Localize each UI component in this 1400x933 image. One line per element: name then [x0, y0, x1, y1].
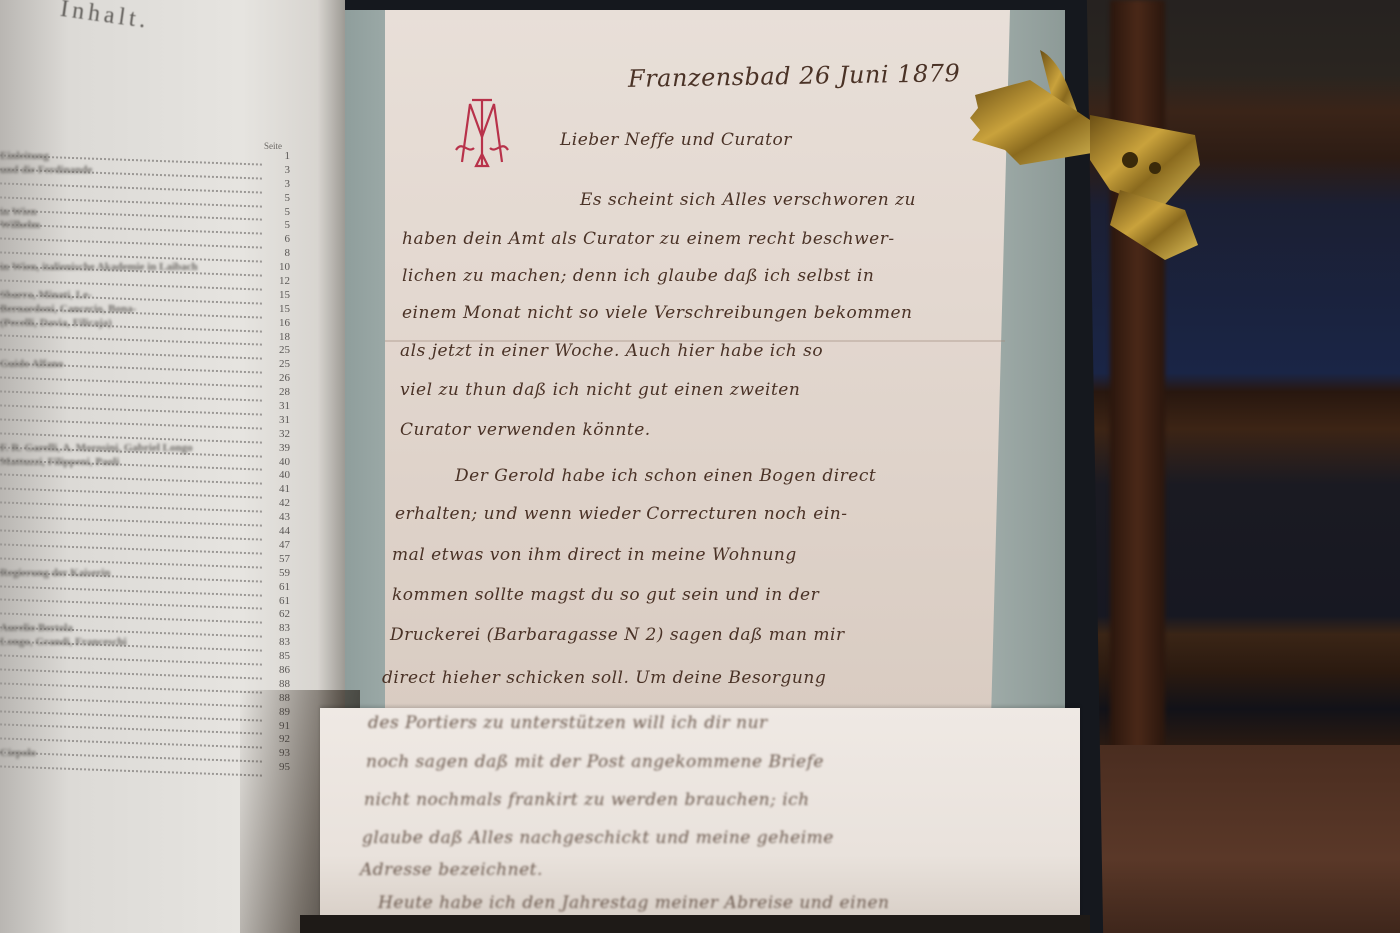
index-page-number: 41 — [266, 483, 290, 495]
index-entry-text: F. R. Garelli, A. Morosini, Gabriel Long… — [0, 442, 193, 454]
index-page-number: 85 — [266, 650, 290, 662]
letter-line: viel zu thun daß ich nicht gut einen zwe… — [400, 380, 800, 400]
index-page-number: 6 — [266, 233, 290, 245]
index-page-number: 16 — [266, 317, 290, 329]
index-entry: 28 — [0, 386, 290, 400]
index-page-number: 61 — [266, 595, 290, 607]
index-title: Inhalt. — [59, 0, 152, 35]
index-page-number: 15 — [266, 303, 290, 315]
index-page-number: 61 — [266, 581, 290, 593]
index-entry: Guido Alfano25 — [0, 358, 290, 372]
letter-line: des Portiers zu unterstützen will ich di… — [368, 713, 768, 733]
index-page-number: 83 — [266, 622, 290, 634]
index-page-number: 43 — [266, 511, 290, 523]
index-entry: F. R. Garelli, A. Morosini, Gabriel Long… — [0, 442, 290, 456]
index-page-number: 15 — [266, 289, 290, 301]
index-entry: in Wien, italienische Akademie in Laibac… — [0, 261, 290, 275]
index-page-number: 3 — [266, 178, 290, 190]
letter-line: einem Monat nicht so viele Verschreibung… — [402, 303, 912, 323]
photo-scene: Inhalt. Seite Einleitung1und die Ferdina… — [0, 0, 1400, 933]
index-entry: in Wien5 — [0, 206, 290, 220]
index-entry: 62 — [0, 608, 290, 622]
letter-line: Es scheint sich Alles verschworen zu — [580, 190, 916, 210]
index-entry-text: Wilhelm — [0, 219, 40, 231]
index-entry-text: Einleitung — [0, 150, 49, 162]
index-page-number: 40 — [266, 469, 290, 481]
index-entry-text: Longo, Grandi, Franceschi — [0, 636, 127, 648]
index-entry: 8 — [0, 247, 290, 261]
letter-salutation: Lieber Neffe und Curator — [560, 130, 792, 150]
index-entry-text: Aurelio Bertola — [0, 622, 73, 634]
index-page-number: 5 — [266, 219, 290, 231]
index-page-number: 25 — [266, 358, 290, 370]
letter-line: haben dein Amt als Curator zu einem rech… — [402, 229, 895, 249]
index-page-number: 31 — [266, 400, 290, 412]
index-entry: Mattuzzi, Filippeni, Paoli40 — [0, 456, 290, 470]
index-page-number: 31 — [266, 414, 290, 426]
index-entry-text: und die Ferdinande — [0, 164, 92, 176]
index-page-number: 32 — [266, 428, 290, 440]
index-entry: Wilhelm5 — [0, 219, 290, 233]
index-entry-text: Sbarra, Minati, Le- — [0, 289, 92, 301]
index-entry: 5 — [0, 192, 290, 206]
index-page-number: 83 — [266, 636, 290, 648]
index-entry: 61 — [0, 595, 290, 609]
index-entry: 85 — [0, 650, 290, 664]
index-entry-text: Regierung der Kaiserin — [0, 567, 110, 579]
index-entry: 18 — [0, 331, 290, 345]
letter-line: Heute habe ich den Jahrestag meiner Abre… — [378, 893, 890, 913]
letter-line: als jetzt in einer Woche. Auch hier habe… — [400, 341, 823, 361]
letter-line: noch sagen daß mit der Post angekommene … — [366, 752, 824, 772]
index-entry: 61 — [0, 581, 290, 595]
index-list: Einleitung1und die Ferdinande335in Wien5… — [0, 150, 290, 775]
letter-line: nicht nochmals frankirt zu werden brauch… — [364, 790, 810, 810]
index-page-number: 47 — [266, 539, 290, 551]
index-page-number: 28 — [266, 386, 290, 398]
index-page-number: 44 — [266, 525, 290, 537]
index-entry-text: Bernardoni, Cancecio, Bona- — [0, 303, 136, 315]
index-entry: 86 — [0, 664, 290, 678]
index-entry-text: Guido Alfano — [0, 358, 63, 370]
index-entry: (Pecelli, Davia, Filicaja)16 — [0, 317, 290, 331]
letter-line: Druckerei (Barbaragasse N 2) sagen daß m… — [390, 625, 845, 645]
letter-dateline: Franzensbad 26 Juni 1879 — [628, 59, 961, 93]
index-entry: Aurelio Bertola83 — [0, 622, 290, 636]
index-entry: 25 — [0, 344, 290, 358]
index-entry: 57 — [0, 553, 290, 567]
letter-line: Adresse bezeichnet. — [360, 860, 543, 880]
letter-line: glaube daß Alles nachgeschickt und meine… — [362, 828, 834, 848]
index-page-number: 86 — [266, 664, 290, 676]
letter-line: kommen sollte magst du so gut sein und i… — [392, 585, 819, 605]
index-entry: 3 — [0, 178, 290, 192]
index-entry: Regierung der Kaiserin59 — [0, 567, 290, 581]
letter-line: direct hieher schicken soll. Um deine Be… — [382, 668, 826, 688]
index-page-number: 26 — [266, 372, 290, 384]
letter-line: mal etwas von ihm direct in meine Wohnun… — [392, 545, 797, 565]
index-entry: Bernardoni, Cancecio, Bona-15 — [0, 303, 290, 317]
index-entry: 31 — [0, 414, 290, 428]
index-entry: 32 — [0, 428, 290, 442]
index-entry: 47 — [0, 539, 290, 553]
index-entry-text: (Pecelli, Davia, Filicaja) — [0, 317, 112, 329]
index-page-number: 10 — [266, 261, 290, 273]
index-page-number: 8 — [266, 247, 290, 259]
index-page-number: 18 — [266, 331, 290, 343]
index-page-number: 57 — [266, 553, 290, 565]
index-entry: und die Ferdinande3 — [0, 164, 290, 178]
letter-line: Curator verwenden könnte. — [400, 420, 651, 440]
index-page-number: 1 — [266, 150, 290, 162]
index-entry: 43 — [0, 511, 290, 525]
index-page-number: 62 — [266, 608, 290, 620]
index-page-number: 40 — [266, 456, 290, 468]
index-entry-text: Ciepolo — [0, 747, 36, 759]
index-entry: 44 — [0, 525, 290, 539]
index-page-number: 59 — [266, 567, 290, 579]
letter-line: Der Gerold habe ich schon einen Bogen di… — [455, 466, 876, 486]
index-page-number: 5 — [266, 206, 290, 218]
index-entry: 41 — [0, 483, 290, 497]
index-entry: Longo, Grandi, Franceschi83 — [0, 636, 290, 650]
index-entry: Einleitung1 — [0, 150, 290, 164]
index-entry: 6 — [0, 233, 290, 247]
index-page-number: 12 — [266, 275, 290, 287]
index-entry: 40 — [0, 469, 290, 483]
index-page-number: 25 — [266, 344, 290, 356]
monogram-icon — [452, 92, 512, 172]
index-entry: 42 — [0, 497, 290, 511]
index-page-number: 5 — [266, 192, 290, 204]
leader-dots — [0, 766, 262, 777]
letter-line: erhalten; und wenn wieder Correcturen no… — [395, 504, 847, 524]
index-entry-text: Mattuzzi, Filippeni, Paoli — [0, 456, 119, 468]
index-entry-text: in Wien — [0, 206, 37, 218]
index-entry-text: in Wien, italienische Akademie in Laibac… — [0, 261, 198, 273]
index-entry: 26 — [0, 372, 290, 386]
index-page-number: 39 — [266, 442, 290, 454]
index-page-number: 88 — [266, 678, 290, 690]
letter-folded-flap — [320, 708, 1080, 918]
index-page-number: 3 — [266, 164, 290, 176]
brass-hand-clip-icon — [960, 40, 1210, 270]
index-entry: 12 — [0, 275, 290, 289]
index-entry: 31 — [0, 400, 290, 414]
book-bottom-shadow — [300, 915, 1090, 933]
index-entry: Sbarra, Minati, Le-15 — [0, 289, 290, 303]
index-page-number: 42 — [266, 497, 290, 509]
letter-line: lichen zu machen; denn ich glaube daß ic… — [402, 266, 874, 286]
